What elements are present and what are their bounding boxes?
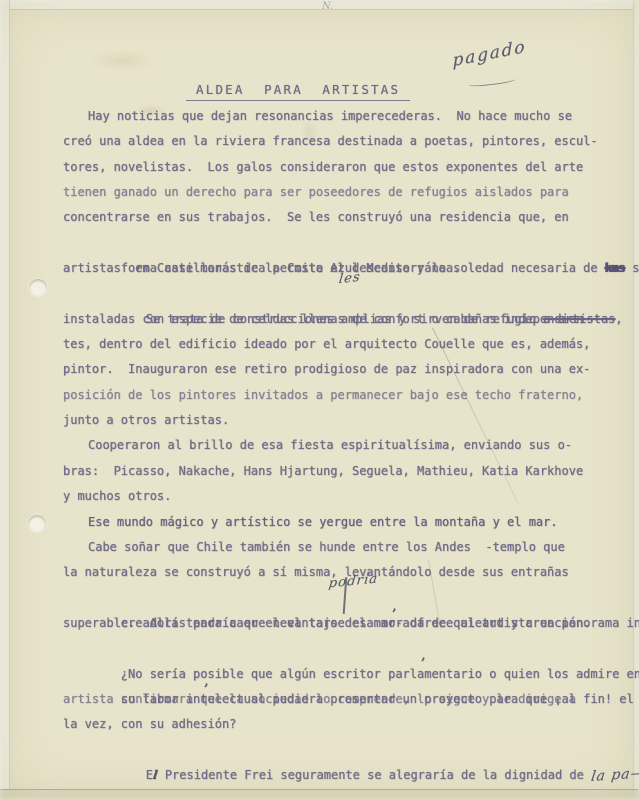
typed-line: Cabe soñar que Chile también se hunde en… [63, 535, 585, 560]
pencil-mark: N. [322, 1, 333, 12]
scanned-page: N. pagado ALDEA PARA ARTISTAS Hay notici… [0, 0, 639, 800]
typed-line: posición de los pintores invitados a per… [63, 383, 585, 408]
typed-line: El Presidente Frei seguramente se alegra… [63, 738, 585, 763]
typed-line: forma casi monástica permite el descanso… [63, 231, 585, 256]
paragraph-2: Se trata de construcciones amplias y sir… [63, 281, 585, 433]
typed-line: Cooperaron al brillo de esa fiesta espir… [63, 433, 585, 458]
typed-line: bras: Picasso, Nakache, Hans Hjartung, S… [63, 459, 585, 484]
punch-hole [28, 515, 46, 532]
paragraph-1: Hay noticias que dejan resonancias imper… [63, 104, 585, 281]
typed-line: ¿No sería posible que algún escritor par… [63, 636, 585, 661]
typed-text: , [615, 312, 622, 326]
handwritten-insertion-les: les [337, 265, 362, 292]
typed-line: artistas en Castellaras de la Costa Azul… [63, 256, 585, 281]
page-edge-left [0, 0, 10, 800]
title-text: ALDEA PARA ARTISTAS [186, 82, 410, 101]
typed-line: artista confirmara que la sociedad lo co… [63, 687, 585, 712]
typed-line: Se trata de construcciones amplias y sir… [63, 281, 585, 306]
typed-text: Presidente Frei seguramente se alegraría… [158, 768, 591, 782]
typed-body: Hay noticias que dejan resonancias imper… [63, 104, 585, 763]
typed-line: su labor intelectual pudiera presentar u… [63, 662, 585, 687]
punch-hole [29, 279, 47, 296]
handwritten-annotation-pagado: pagado [453, 37, 527, 72]
handwritten-insertion-podria: podría [327, 566, 379, 596]
typed-line: tienen ganado un derecho para ser poseed… [63, 180, 585, 205]
paragraph-6: El Presidente Frei seguramente se alegra… [63, 738, 585, 763]
overtyped-strikeout: kms [605, 261, 625, 275]
typed-line: creadoras para caer en el tajo del mar- … [63, 586, 585, 611]
document-title: ALDEA PARA ARTISTAS [186, 82, 410, 101]
paragraph-4: Ese mundo mágico y artístico se yergue e… [63, 510, 585, 535]
typed-line: tes, dentro del edificio ideado por el a… [63, 332, 585, 357]
handwriting-underline [468, 76, 516, 88]
typed-line: la naturaleza se construyó a sí misma, l… [63, 560, 585, 585]
typed-text: sus [625, 261, 639, 275]
handwritten-comma: , [392, 600, 397, 610]
handwritten-comma: , [421, 649, 426, 659]
typed-line: Hay noticias que dejan resonancias imper… [63, 104, 585, 129]
typed-line: y muchos otros. [63, 484, 585, 509]
page-edge-top [0, 0, 639, 10]
typed-line: pintor. Inauguraron ese retiro prodigios… [63, 357, 585, 382]
paper-stain [88, 50, 158, 72]
typed-line: creó una aldea en la riviera francesa de… [63, 129, 585, 154]
typed-line: tores, novelistas. Los galos consideraro… [63, 155, 585, 180]
typed-line: instaladas con especie de celdas llenas … [63, 307, 585, 332]
typed-line: junto a otros artistas. [63, 408, 585, 433]
typed-line: concentrarse en sus trabajos. Se les con… [63, 205, 585, 230]
typed-line: la vez, con su adhesión? [63, 712, 585, 737]
handwritten-comma: , [204, 675, 209, 685]
paragraph-3: Cooperaron al brillo de esa fiesta espir… [63, 433, 585, 509]
typed-line: Ese mundo mágico y artístico se yergue e… [63, 510, 585, 535]
paragraph-5: Cabe soñar que Chile también se hunde en… [63, 535, 585, 738]
handwritten-line-ending: la pa— [589, 761, 639, 790]
typed-line: superable. Allí tendría que levantarse e… [63, 611, 585, 636]
